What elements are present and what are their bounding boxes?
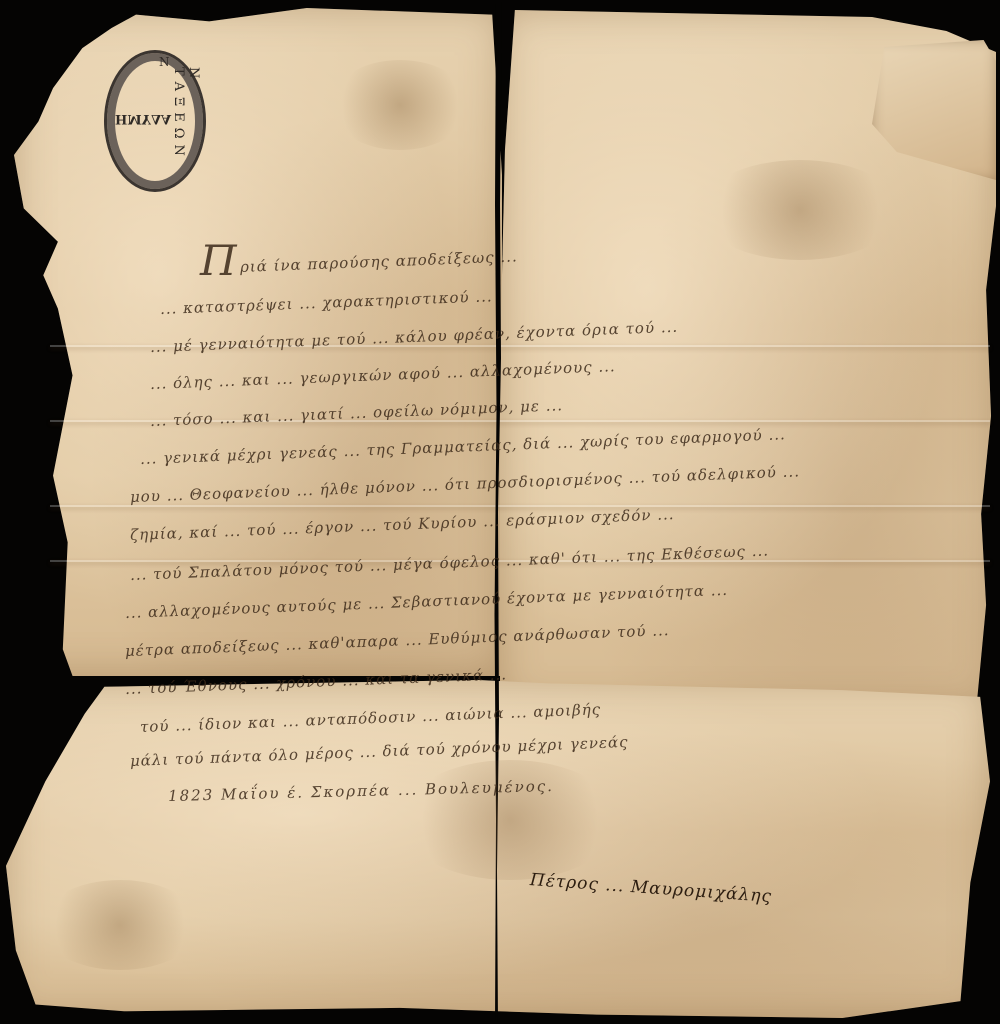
official-seal-stamp: Ν Ν ΤΑΞΕΩΝ ΗΜΥΔΑ	[104, 50, 206, 192]
seal-center-text: ΗΜΥΔΑ	[115, 111, 171, 126]
seal-ring-text: Ν ΤΑΞΕΩΝ	[171, 67, 201, 189]
seal-top-letter: Ν	[159, 55, 170, 69]
fold-line	[50, 505, 990, 507]
stain	[700, 160, 900, 260]
manuscript-scan: Ν Ν ΤΑΞΕΩΝ ΗΜΥΔΑ Π ριά ίνα παρούσης αποδ…	[0, 0, 1000, 1024]
decorative-initial: Π	[200, 236, 237, 285]
stain	[330, 60, 470, 150]
stain	[40, 880, 200, 970]
